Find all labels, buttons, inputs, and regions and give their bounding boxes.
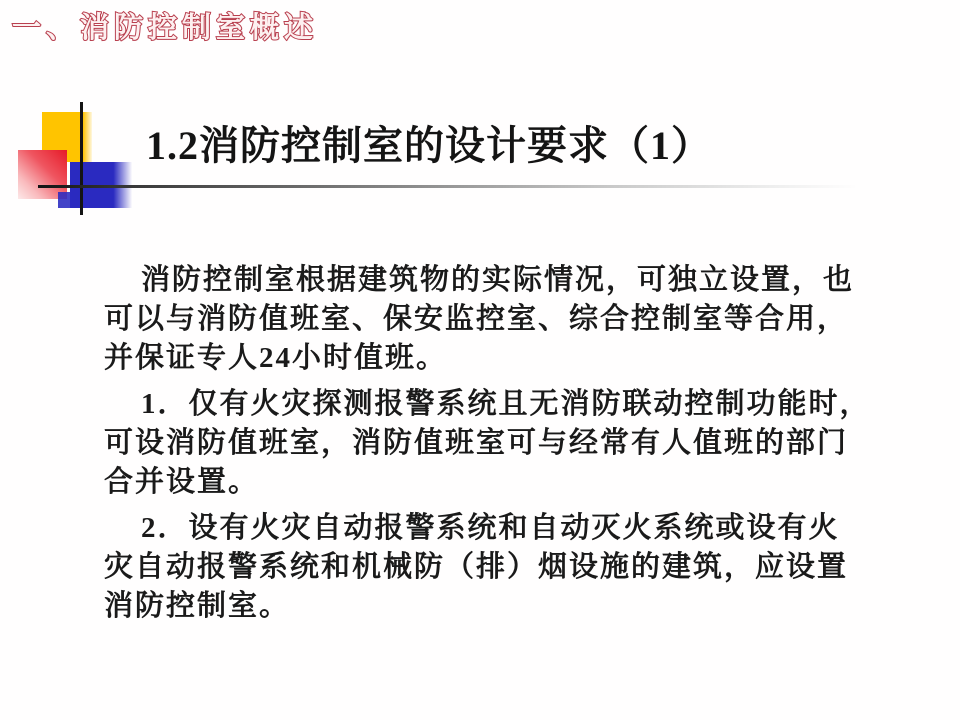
section-header-wordart: 一、消防控制室概述	[12, 5, 318, 46]
slide-body: 消防控制室根据建筑物的实际情况，可独立设置，也 可以与消防值班室、保安监控室、综…	[104, 261, 888, 633]
title-underline-rule	[38, 185, 858, 188]
presentation-slide: 一、消防控制室概述 1.2消防控制室的设计要求（1） 消防控制室根据建筑物的实际…	[0, 0, 960, 720]
paragraph-item-2: 2．设有火灾自动报警系统和自动灭火系统或设有火 灾自动报警系统和机械防（排）烟设…	[104, 509, 888, 626]
paragraph-item-1-line-1: 1．仅有火灾探测报警系统且无消防联动控制功能时，	[104, 385, 888, 424]
paragraph-item-1-line-3: 合并设置。	[104, 463, 888, 502]
paragraph-intro-line-2: 可以与消防值班室、保安监控室、综合控制室等合用，	[104, 300, 888, 339]
paragraph-intro: 消防控制室根据建筑物的实际情况，可独立设置，也 可以与消防值班室、保安监控室、综…	[104, 261, 888, 378]
paragraph-item-1: 1．仅有火灾探测报警系统且无消防联动控制功能时， 可设消防值班室，消防值班室可与…	[104, 385, 888, 502]
paragraph-item-1-line-2: 可设消防值班室，消防值班室可与经常有人值班的部门	[104, 424, 888, 463]
deco-vertical-line	[80, 102, 83, 215]
paragraph-item-2-line-2: 灾自动报警系统和机械防（排）烟设施的建筑，应设置	[104, 548, 888, 587]
paragraph-item-2-line-1: 2．设有火灾自动报警系统和自动灭火系统或设有火	[104, 509, 888, 548]
deco-square-blue-tab	[58, 192, 72, 208]
slide-title: 1.2消防控制室的设计要求（1）	[146, 114, 712, 171]
paragraph-item-2-line-3: 消防控制室。	[104, 587, 888, 626]
paragraph-intro-line-3: 并保证专人24小时值班。	[104, 339, 888, 378]
paragraph-intro-line-1: 消防控制室根据建筑物的实际情况，可独立设置，也	[104, 261, 888, 300]
